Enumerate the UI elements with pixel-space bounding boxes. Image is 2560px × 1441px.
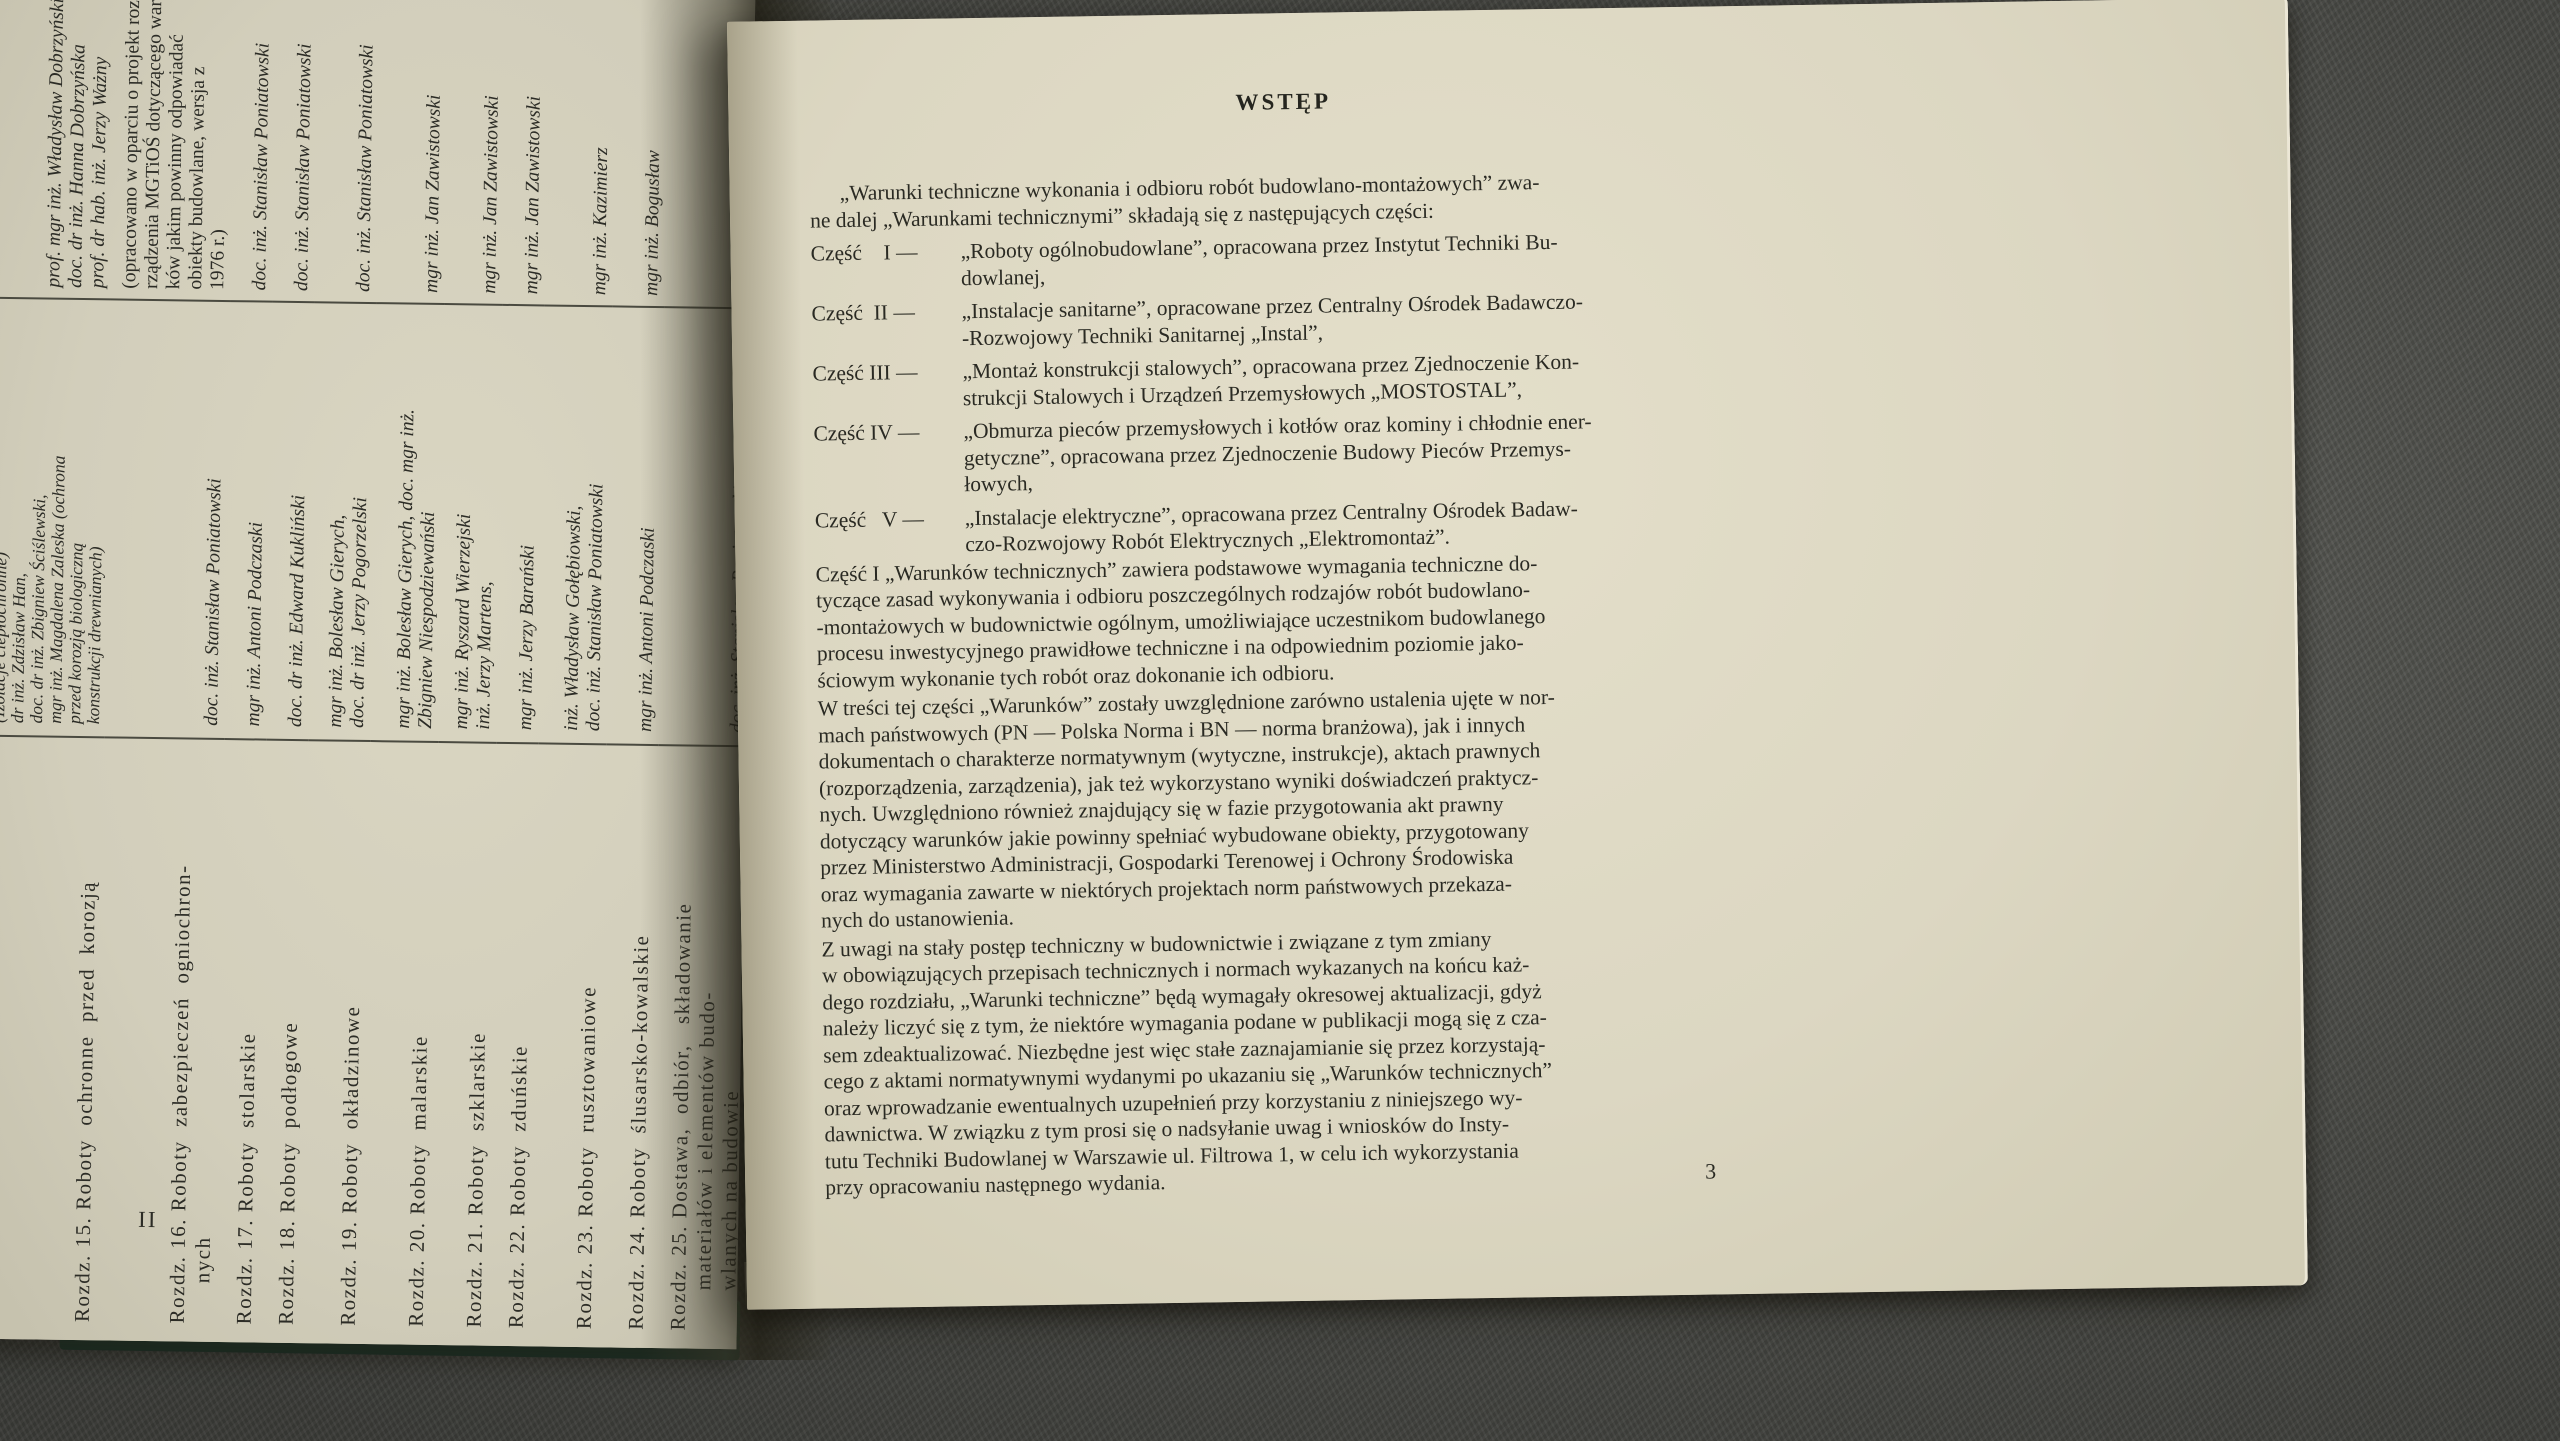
chapter-authors: doc. dr inż. Edward Kukliński <box>267 301 315 740</box>
chapter-reviewers: doc. inż. Stanisław Poniatowski <box>315 0 382 302</box>
part-list-item: Część IV — „Obmurza pieców przemysłowych… <box>813 406 1766 500</box>
chapter-reviewers: prof. mgr inż. Władysław Dobrzyński doc.… <box>0 0 116 298</box>
body-text-column: „Warunki techniczne wykonania i odbioru … <box>809 166 1777 1203</box>
chapter-reviewers: doc. inż. Stanisław Poniatowski <box>273 0 320 301</box>
chapter-authors: doc. inż. Stanisław Poniatowski <box>105 298 231 738</box>
chapter-note: (opracowano w oparciu o projekt roz- rzą… <box>111 0 236 300</box>
intro-paragraph: „Warunki techniczne wykonania i odbioru … <box>809 166 1762 234</box>
paragraph-czesc-i: Część I „Warunków technicznych” zawiera … <box>815 546 1769 693</box>
page-number: 3 <box>1705 1158 1716 1184</box>
part-list-item: Część I — „Roboty ogólnobudowlane”, opra… <box>810 226 1763 294</box>
chapter-authors: mgr inż. Ryszard Wierzejski inż. Jerzy M… <box>439 303 503 742</box>
chapter-title: Rozdz. 19. Roboty okładzinowe <box>300 739 370 1340</box>
chapter-authors: inż. Władysław Gołębiowski, doc. inż. St… <box>539 304 613 743</box>
chapter-title: Rozdz. 21. Roboty szklarskie <box>430 741 496 1342</box>
part-label: Część I — <box>810 238 961 293</box>
part-list-item: Część III — „Montaż konstrukcji stalowyc… <box>812 346 1765 414</box>
part-label: Część V — <box>815 505 966 560</box>
page-title: WSTĘP <box>808 82 1758 123</box>
chapter-authors: (Izolacje ciepłochronne) dr inż. Zdzisła… <box>0 297 111 737</box>
part-description: „Montaż konstrukcji stalowych”, opracowa… <box>962 346 1765 412</box>
part-description: „Instalacje sanitarne”, opracowane przez… <box>961 286 1764 352</box>
table-row: Rozdz. 15. Roboty ochronne przed korozją… <box>0 0 116 1336</box>
paragraph-tresc: W treści tej części „Warunków” zostały u… <box>818 681 1774 934</box>
part-label: Część III — <box>812 358 963 413</box>
chapter-reviewers: mgr inż. Jan Zawistowski <box>377 0 450 303</box>
table-row: Rozdz. 16. Roboty zabezpieczeń ogniochro… <box>97 0 236 1338</box>
part-description: „Obmurza pieców przemysłowych i kotłów o… <box>963 406 1766 498</box>
chapter-reviewers: mgr inż. Kazimierz <box>545 0 618 305</box>
part-label: Część II — <box>811 298 962 353</box>
chapter-title: Rozdz. 23. Roboty rusztowaniowe <box>530 742 606 1343</box>
chapter-title: Rozdz. 15. Roboty ochronne przed korozją <box>0 735 105 1337</box>
chapter-reviewers: mgr inż. Jan Zawistowski <box>445 0 508 304</box>
chapter-authors: mgr inż. Jerzy Barański <box>497 304 545 743</box>
paragraph-uwagi: Z uwagi na stały postęp techniczny w bud… <box>821 921 1777 1201</box>
volume-number: II <box>138 1207 158 1233</box>
chapter-reviewers: doc. inż. Stanisław Poniatowski <box>231 0 278 301</box>
right-page: WSTĘP „Warunki techniczne wykonania i od… <box>727 0 2308 1310</box>
chapter-authors: mgr inż. Bolesław Gierych, doc. dr inż. … <box>309 301 377 740</box>
chapter-authors: mgr inż. Bolesław Gierych, doc. mgr inż.… <box>371 302 445 741</box>
part-label: Część IV — <box>813 418 964 500</box>
chapter-title: Rozdz. 20. Roboty malarskie <box>362 740 438 1341</box>
chapter-title: Rozdz. 16. Roboty zabezpieczeń ogniochro… <box>97 736 225 1338</box>
chapter-reviewers: mgr inż. Jan Zawistowski <box>503 0 550 304</box>
part-list-item: Część II — „Instalacje sanitarne”, oprac… <box>811 286 1764 354</box>
part-description: „Roboty ogólnobudowlane”, opracowana prz… <box>960 226 1763 292</box>
chapter-authors: mgr inż. Antoni Podczaski <box>225 300 273 739</box>
